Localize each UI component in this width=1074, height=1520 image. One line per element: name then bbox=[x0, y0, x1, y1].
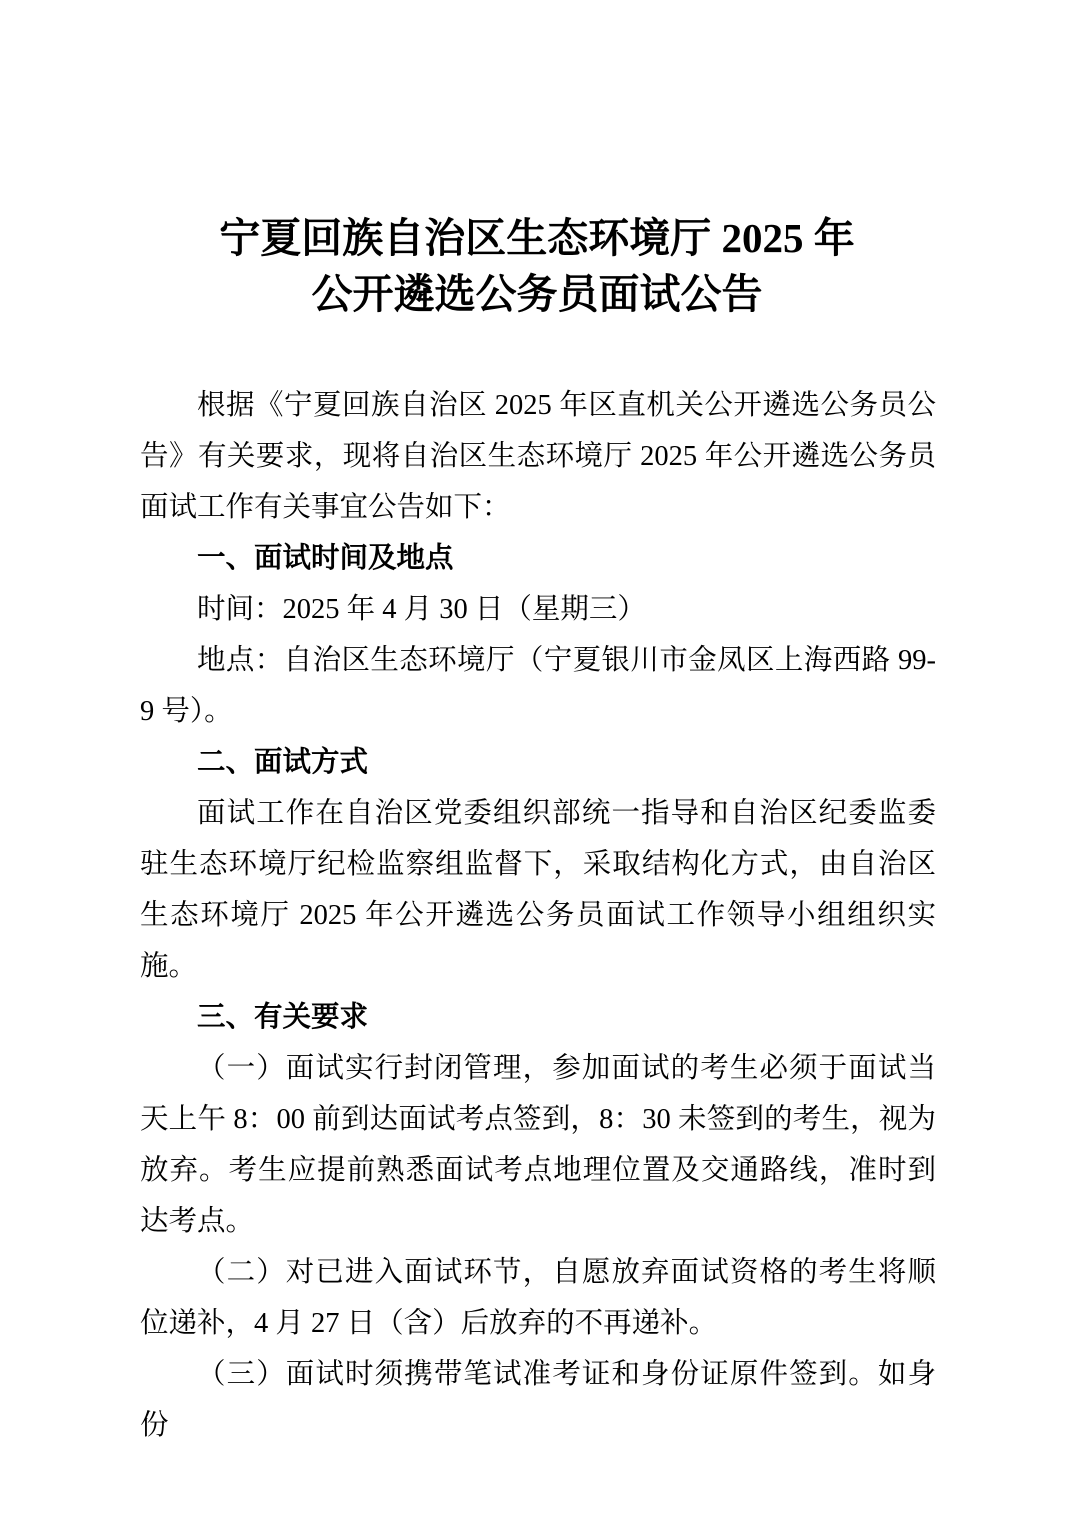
document-body: 根据《宁夏回族自治区 2025 年区直机关公开遴选公务员公告》有关要求，现将自治… bbox=[140, 380, 936, 1451]
document-page: 宁夏回族自治区生态环境厅 2025 年 公开遴选公务员面试公告 根据《宁夏回族自… bbox=[0, 0, 1074, 1520]
section-heading: 二、面试方式 bbox=[140, 737, 936, 788]
paragraph: （一）面试实行封闭管理，参加面试的考生必须于面试当天上午 8：00 前到达面试考… bbox=[140, 1043, 936, 1247]
paragraph: 根据《宁夏回族自治区 2025 年区直机关公开遴选公务员公告》有关要求，现将自治… bbox=[140, 380, 936, 533]
paragraph: 面试工作在自治区党委组织部统一指导和自治区纪委监委驻生态环境厅纪检监察组监督下，… bbox=[140, 788, 936, 992]
title-line-2: 公开遴选公务员面试公告 bbox=[0, 266, 1074, 322]
document-title: 宁夏回族自治区生态环境厅 2025 年 公开遴选公务员面试公告 bbox=[0, 27, 1074, 322]
title-line-1: 宁夏回族自治区生态环境厅 2025 年 bbox=[0, 210, 1074, 266]
paragraph: （二）对已进入面试环节，自愿放弃面试资格的考生将顺位递补，4 月 27 日（含）… bbox=[140, 1247, 936, 1349]
paragraph: 时间：2025 年 4 月 30 日（星期三） bbox=[140, 584, 936, 635]
paragraph: （三）面试时须携带笔试准考证和身份证原件签到。如身份 bbox=[140, 1349, 936, 1451]
section-heading: 一、面试时间及地点 bbox=[140, 533, 936, 584]
section-heading: 三、有关要求 bbox=[140, 992, 936, 1043]
paragraph: 地点：自治区生态环境厅（宁夏银川市金凤区上海西路 99-9 号）。 bbox=[140, 635, 936, 737]
